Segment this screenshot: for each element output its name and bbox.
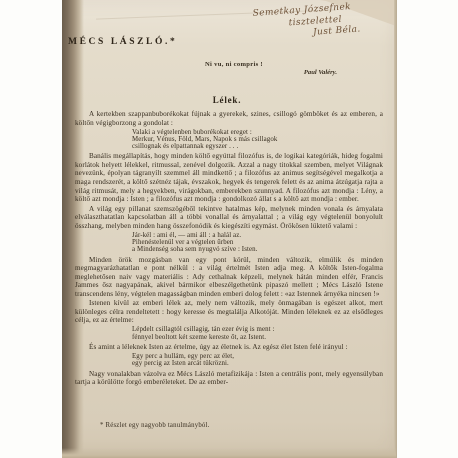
verse-block: Lépdelt csillagtól csillagig, tán ezer é…	[132, 326, 383, 340]
verse-block: Egy perc a hullám, egy perc az élet,egy …	[132, 353, 383, 367]
verse-line: Egy perc a hullám, egy perc az élet,	[132, 353, 383, 360]
paragraph: A kertekben szappanbuborékokat fújnak a …	[75, 110, 383, 127]
scanned-book-page: Semetkay Józsefnek tisztelettel Just Bél…	[0, 0, 458, 458]
section-title: Lélek.	[74, 95, 380, 105]
paragraph: Minden örök mozgásban van egy pont körül…	[75, 256, 383, 299]
paragraph: Nagy vonalakban vázolva ez Mécs László m…	[75, 370, 383, 387]
page-right-edge	[394, 0, 397, 458]
verse-block: Valaki a végtelenben buborékokat ereget …	[132, 129, 383, 150]
verse-line: Jár-kél : ami él, — ami áll : a halál az…	[132, 232, 383, 239]
verse-line: csillognak és elpattannak egyszer . . .	[132, 143, 383, 150]
paragraph: Banális megállapítás, hogy minden költő …	[75, 152, 383, 203]
paragraph: Istenen kívül az emberi lélek az, mely n…	[75, 299, 383, 325]
verse-line: Lépdelt csillagtól csillagig, tán ezer é…	[132, 326, 383, 333]
verse-line: Valaki a végtelenben buborékokat ereget …	[132, 129, 383, 136]
epigraph-quote: Ni vu, ni compris !	[205, 61, 355, 68]
article-body: A kertekben szappanbuborékokat fújnak a …	[75, 110, 383, 388]
author-heading: MÉCS LÁSZLÓ.*	[68, 37, 177, 47]
verse-line: Pihenéstelenül ver a végtelen űrben	[132, 239, 383, 246]
verse-line: fénnyel beoltott két szeme kereste őt, a…	[132, 334, 383, 341]
epigraph: Ni vu, ni compris ! Paul Valéry.	[205, 61, 355, 76]
footnote: * Részlet egy nagyobb tanulmányból.	[100, 422, 210, 429]
verse-line: a Mindenség soha sem nyugvó szíve : Iste…	[132, 246, 383, 253]
paragraph: És amint a léleknek Isten az értelme, úg…	[75, 343, 383, 352]
verse-line: Merkur, Vénus, Föld, Mars, Napok s más c…	[132, 136, 383, 143]
paragraph: A világ egy pillanat szemszögéből tekint…	[75, 205, 383, 231]
verse-line: egy percig az Isten arcát tükrözni.	[132, 360, 383, 367]
epigraph-attribution: Paul Valéry.	[205, 69, 355, 76]
page-bottom-edge	[62, 448, 396, 458]
verse-block: Jár-kél : ami él, — ami áll : a halál az…	[132, 232, 383, 253]
